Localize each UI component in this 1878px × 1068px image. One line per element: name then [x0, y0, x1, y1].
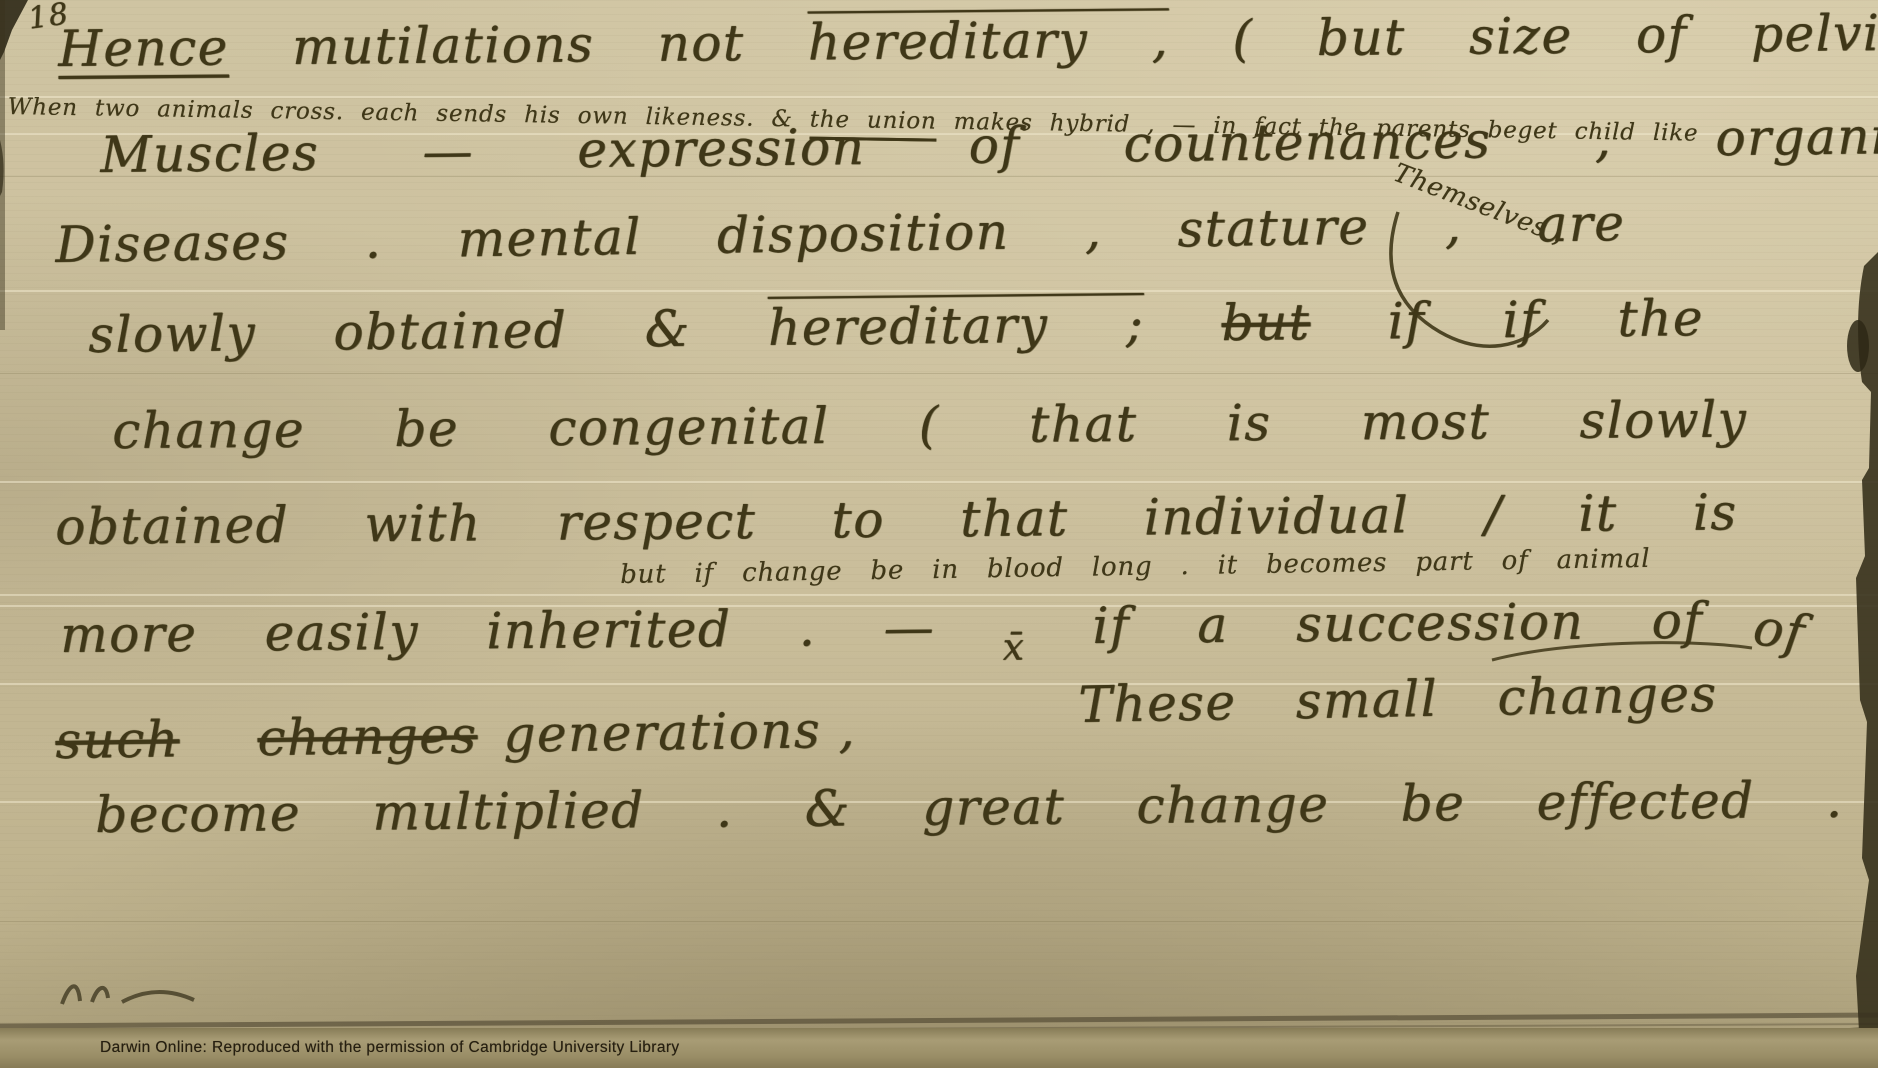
struck-word: but [1221, 293, 1310, 352]
line-change-congenital: change be congenital ( that is most slow… [112, 391, 1747, 460]
footer-credit: Darwin Online: Reproduced with the permi… [100, 1039, 680, 1057]
scanned-notebook-page: 18 Hence mutilations not hereditary , ( … [0, 0, 1878, 1068]
struck-word: changes [257, 706, 478, 767]
underlined-word: Hence [58, 19, 229, 78]
line-of-tail: of [1750, 598, 1809, 663]
insertion-caret-mark: x̄ [1002, 625, 1025, 669]
paper-streak [0, 481, 1878, 483]
line-generations: suchchangesgenerations , [55, 701, 856, 770]
paper-rule-line [0, 921, 1878, 922]
struck-word: such [55, 710, 180, 770]
footer-strip: Darwin Online: Reproduced with the permi… [0, 1028, 1878, 1068]
line-these-small-changes: These small changes [1078, 665, 1718, 734]
paper-rule-line [0, 373, 1878, 374]
